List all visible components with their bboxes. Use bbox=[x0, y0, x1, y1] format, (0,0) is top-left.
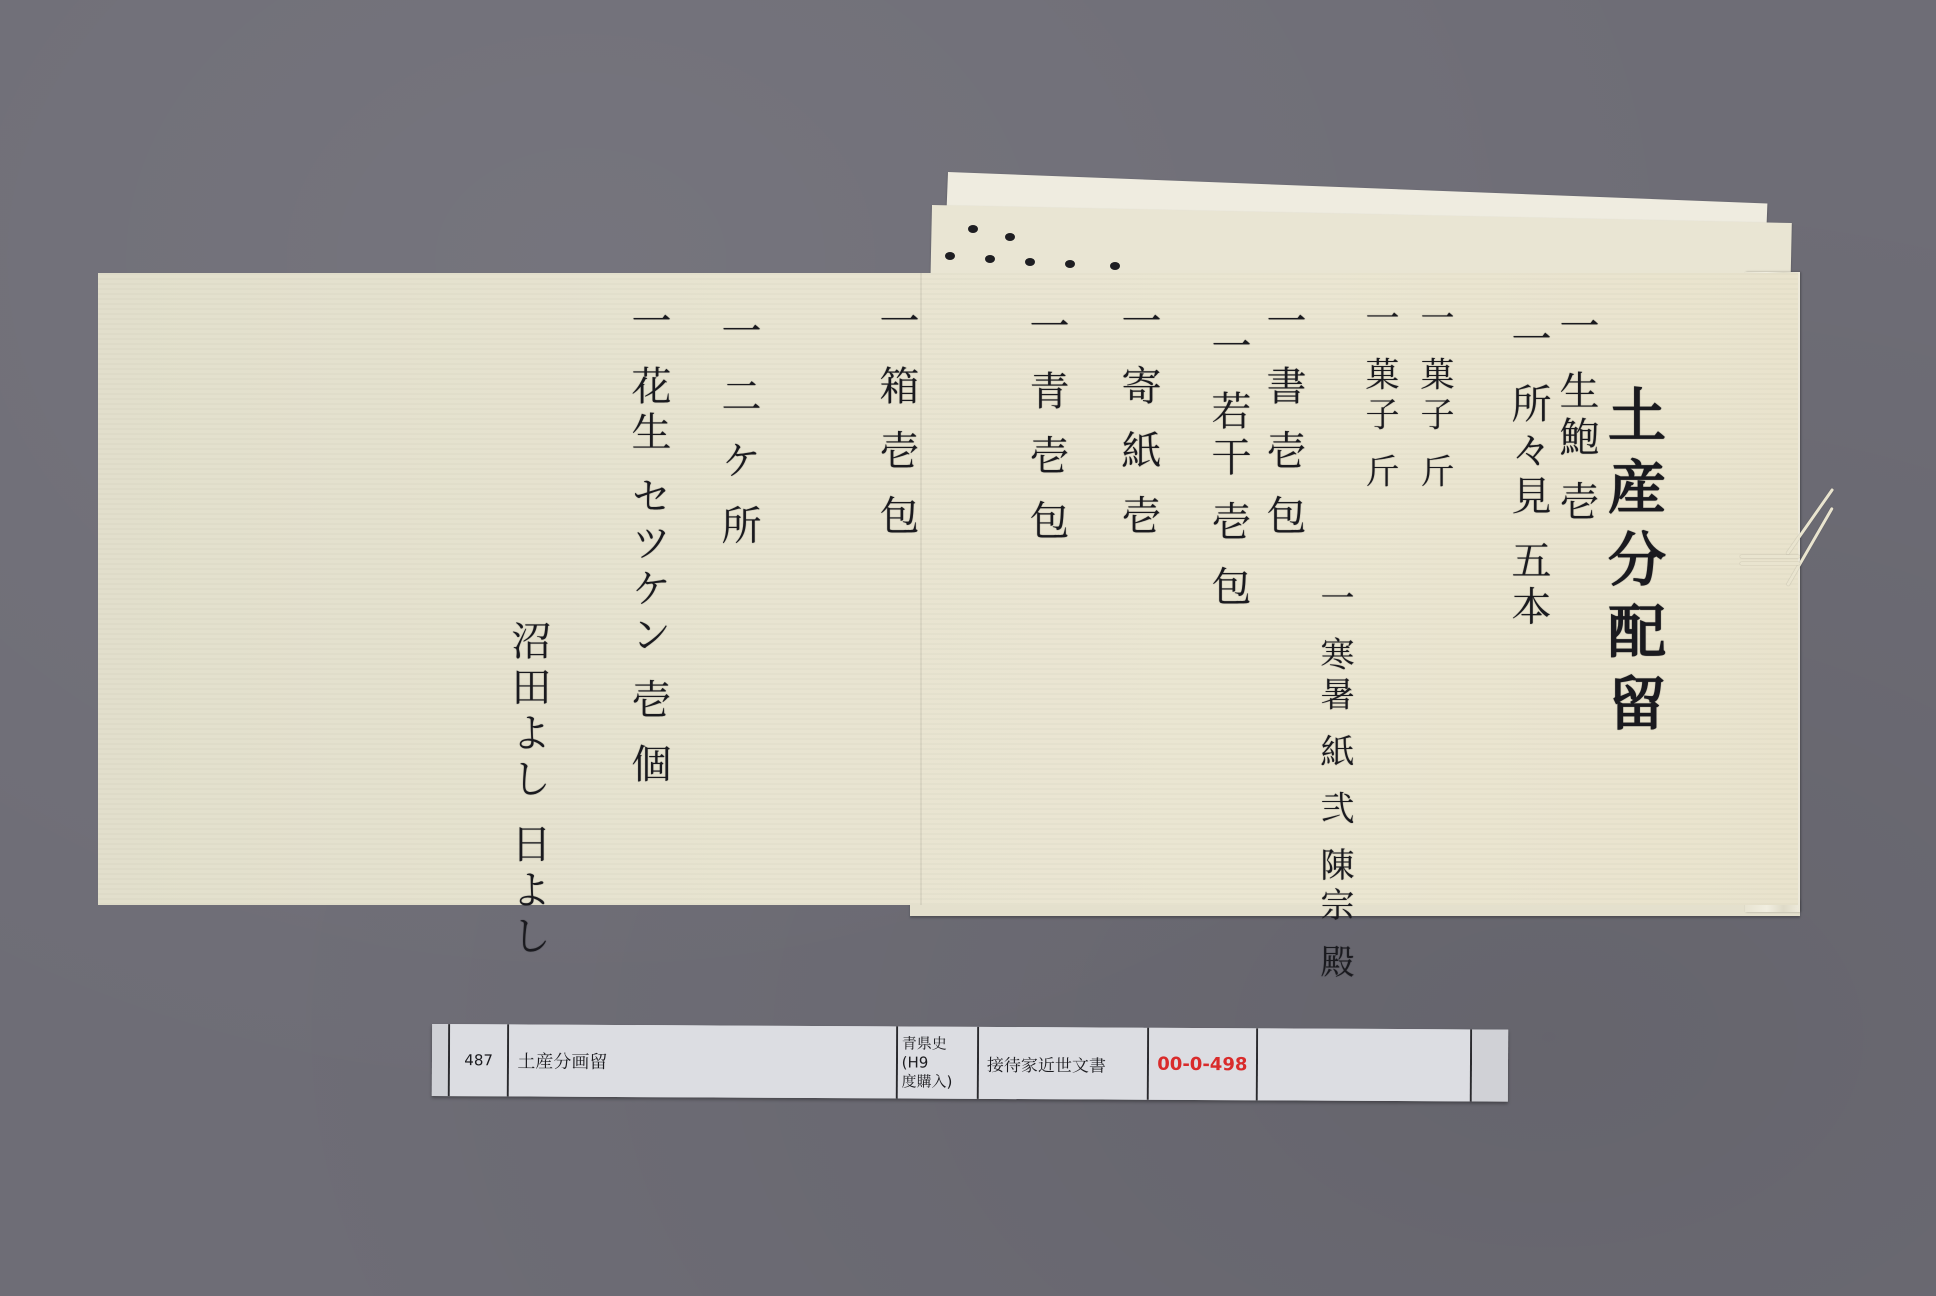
text-column-recipient: 一 寒暑 紙 弐 陳宗 殿 bbox=[1310, 580, 1359, 984]
label-left-tab bbox=[432, 1024, 450, 1096]
text-column-5: 一 書 壱 包 bbox=[1255, 300, 1312, 540]
label-blank-cell bbox=[1258, 1028, 1472, 1101]
text-column-11: 一 花生 セツケン 壱 個 bbox=[620, 300, 677, 789]
ink-mark bbox=[1005, 233, 1015, 241]
label-source: 青県史(H9 度購入) bbox=[897, 1026, 979, 1098]
catalog-label: 487 土産分画留 青県史(H9 度購入) 接待家近世文書 00-0-498 bbox=[432, 1024, 1508, 1102]
signature: 沼田よし 日よし bbox=[500, 620, 557, 961]
ink-mark bbox=[1065, 260, 1075, 268]
ink-mark bbox=[1110, 262, 1120, 270]
text-column-7: 一 寄 紙 壱 bbox=[1110, 300, 1167, 540]
label-source-line1: 青県史(H9 bbox=[902, 1034, 973, 1072]
label-number: 487 bbox=[450, 1024, 510, 1096]
text-column-9: 一 箱 壱 包 bbox=[868, 300, 925, 540]
label-code: 00-0-498 bbox=[1149, 1028, 1258, 1101]
text-column-2: 一 所々見 五本 bbox=[1500, 318, 1557, 631]
ink-mark bbox=[985, 255, 995, 263]
binding-string-knot bbox=[1740, 555, 1800, 558]
text-column-8: 一 青 壱 包 bbox=[1018, 305, 1075, 545]
text-column-3: 一 菓子 斤 bbox=[1410, 300, 1459, 494]
photo-stage: 土産分配留 一 生鮑 壱 一 所々見 五本 一 菓子 斤 一 菓子 斤 一 書 … bbox=[0, 0, 1936, 1296]
text-column-6: 一 若干 壱 包 bbox=[1200, 325, 1257, 611]
text-column-10: 一 二 ケ 所 bbox=[710, 310, 767, 550]
label-title: 土産分画留 bbox=[509, 1024, 898, 1098]
ink-mark bbox=[1025, 258, 1035, 266]
label-source-line2: 度購入) bbox=[901, 1072, 972, 1091]
ink-mark bbox=[968, 225, 978, 233]
text-column-4: 一 菓子 斤 bbox=[1355, 300, 1404, 494]
label-right-tab bbox=[1472, 1029, 1508, 1101]
ink-mark bbox=[945, 252, 955, 260]
label-collection: 接待家近世文書 bbox=[979, 1027, 1150, 1100]
binding-string-knot bbox=[1740, 562, 1800, 565]
